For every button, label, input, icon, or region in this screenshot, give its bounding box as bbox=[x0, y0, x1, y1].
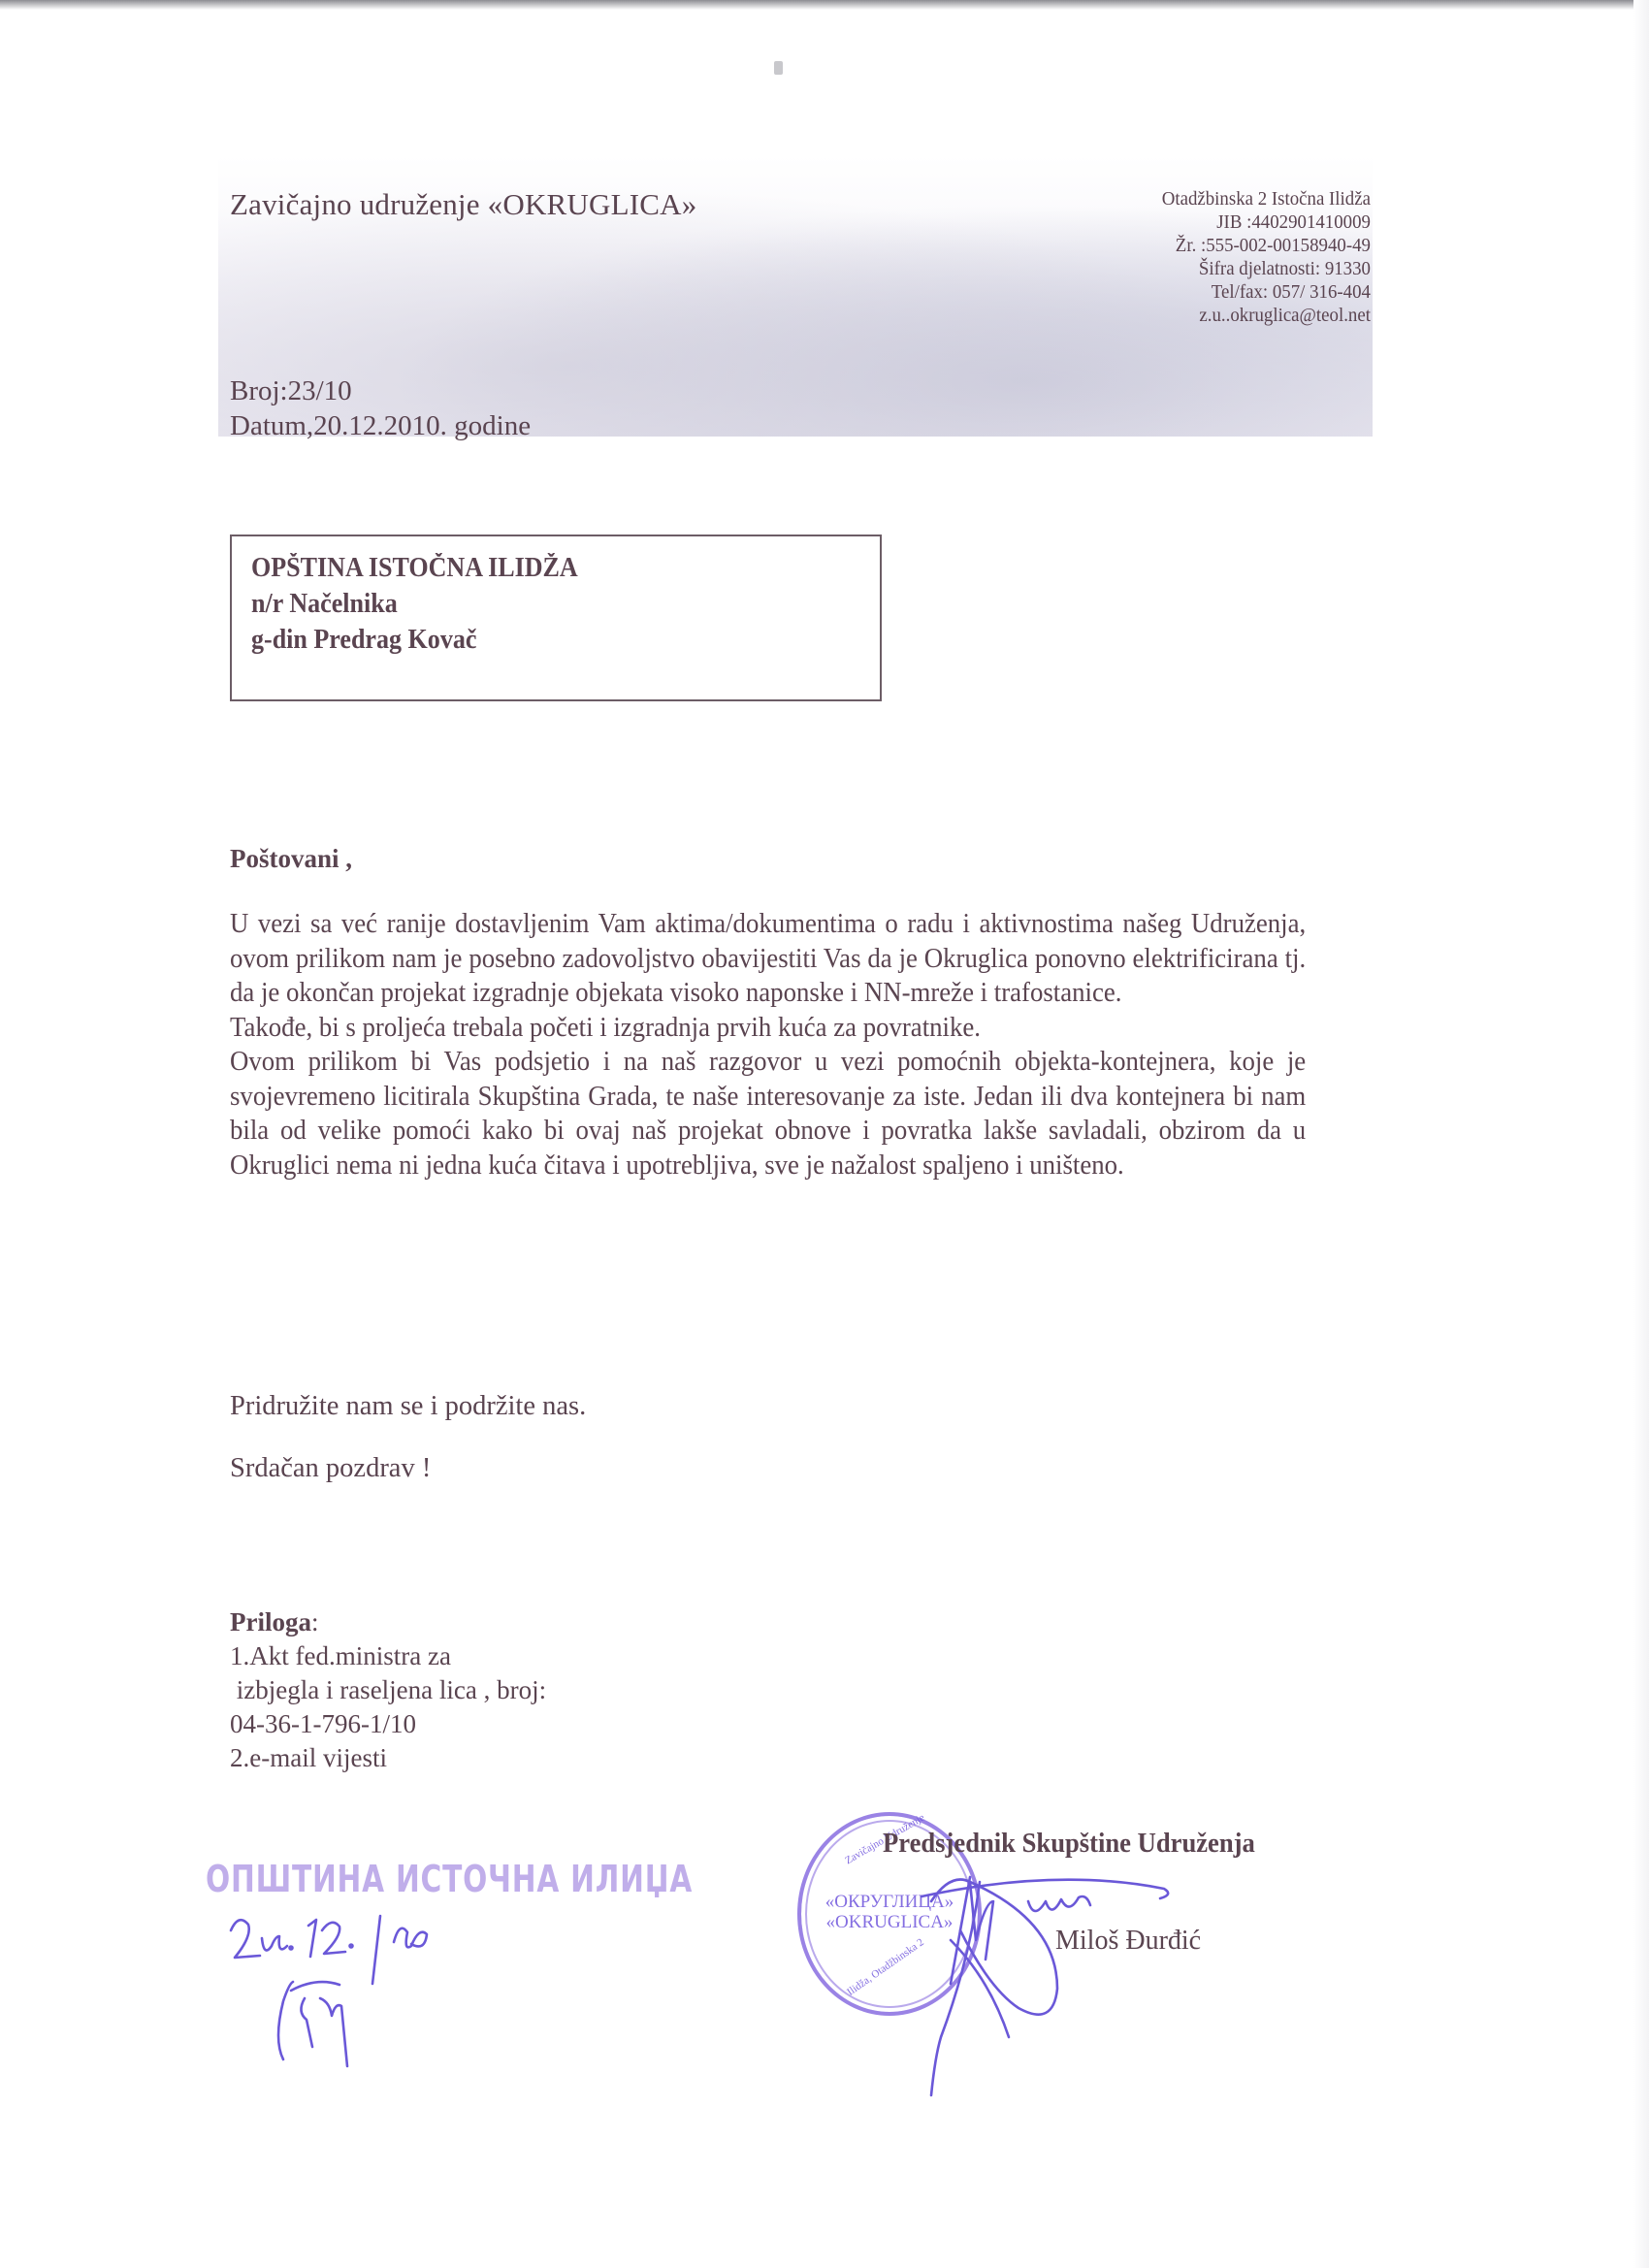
recipient-line-1: OPŠTINA ISTOČNA ILIDŽA bbox=[251, 550, 836, 586]
seal-ring-bottom-text: Ilidža, Otadžbinska 2 bbox=[845, 1936, 926, 1998]
attachment-item: izbjegla i raseljena lica , broj: bbox=[230, 1673, 546, 1707]
scan-top-edge bbox=[0, 0, 1649, 10]
handwritten-date bbox=[231, 1916, 427, 1984]
closing-line-1: Pridružite nam se i podržite nas. bbox=[230, 1389, 586, 1424]
closing: Pridružite nam se i podržite nas. Srdača… bbox=[230, 1389, 586, 1513]
scan-right-edge bbox=[1633, 0, 1649, 2268]
activity-code: Šifra djelatnosti: 91330 bbox=[1162, 257, 1371, 280]
seal-latin: «OKRUGLICA» bbox=[801, 1912, 978, 1932]
attachments-label: Priloga bbox=[230, 1607, 311, 1636]
recipient-box: OPŠTINA ISTOČNA ILIDŽA n/r Načelnika g-d… bbox=[230, 535, 882, 701]
reference-block: Broj:23/10 Datum,20.12.2010. godine bbox=[230, 373, 531, 443]
signatory-name: Miloš Đurđić bbox=[1055, 1926, 1201, 1957]
closing-line-2: Srdačan pozdrav ! bbox=[230, 1451, 586, 1486]
reference-date: Datum,20.12.2010. godine bbox=[230, 408, 531, 443]
reference-number: Broj:23/10 bbox=[230, 373, 531, 408]
body-paragraph-3: Ovom prilikom bi Vas podsjetio i na naš … bbox=[230, 1045, 1306, 1183]
salutation: Poštovani , bbox=[230, 844, 352, 874]
organization-name: Zavičajno udruženje «OKRUGLICA» bbox=[230, 187, 696, 222]
address: Otadžbinska 2 Istočna Ilidža bbox=[1162, 187, 1371, 211]
attachments: Priloga: 1.Akt fed.ministra za izbjegla … bbox=[230, 1605, 546, 1775]
body-paragraph-2: Takođe, bi s proljeća trebala početi i i… bbox=[230, 1011, 1306, 1046]
letter-body: U vezi sa već ranije dostavljenim Vam ak… bbox=[230, 907, 1306, 1183]
scan-speck bbox=[774, 61, 783, 75]
signature-block: Predsjednik Skupštine Udruženja Miloš Đu… bbox=[883, 1829, 1275, 1860]
attachment-item: 04-36-1-796-1/10 bbox=[230, 1707, 546, 1741]
attachment-item: 2.e-mail vijesti bbox=[230, 1741, 546, 1775]
bank-account: Žr. :555-002-00158940-49 bbox=[1162, 234, 1371, 257]
seal-cyrillic: «ОКРУГЛИЦА» bbox=[801, 1892, 978, 1912]
body-paragraph-1: U vezi sa već ranije dostavljenim Vam ak… bbox=[230, 907, 1306, 1011]
recipient-line-2: n/r Načelnika bbox=[251, 586, 836, 622]
received-stamp: ОПШТИНА ИСТОЧНА ИЛИЏА bbox=[206, 1858, 693, 1900]
phone-fax: Tel/fax: 057/ 316-404 bbox=[1162, 280, 1371, 304]
organization-contact-info: Otadžbinska 2 Istočna Ilidža JIB :440290… bbox=[1162, 187, 1371, 327]
attachment-item: 1.Akt fed.ministra za bbox=[230, 1639, 546, 1673]
jib: JIB :4402901410009 bbox=[1162, 211, 1371, 234]
recipient-line-3: g-din Predrag Kovač bbox=[251, 622, 836, 658]
signatory-title: Predsjednik Skupštine Udruženja bbox=[883, 1829, 1255, 1860]
handwritten-initials bbox=[278, 1982, 347, 2066]
email: z.u..okruglica@teol.net bbox=[1162, 304, 1371, 327]
